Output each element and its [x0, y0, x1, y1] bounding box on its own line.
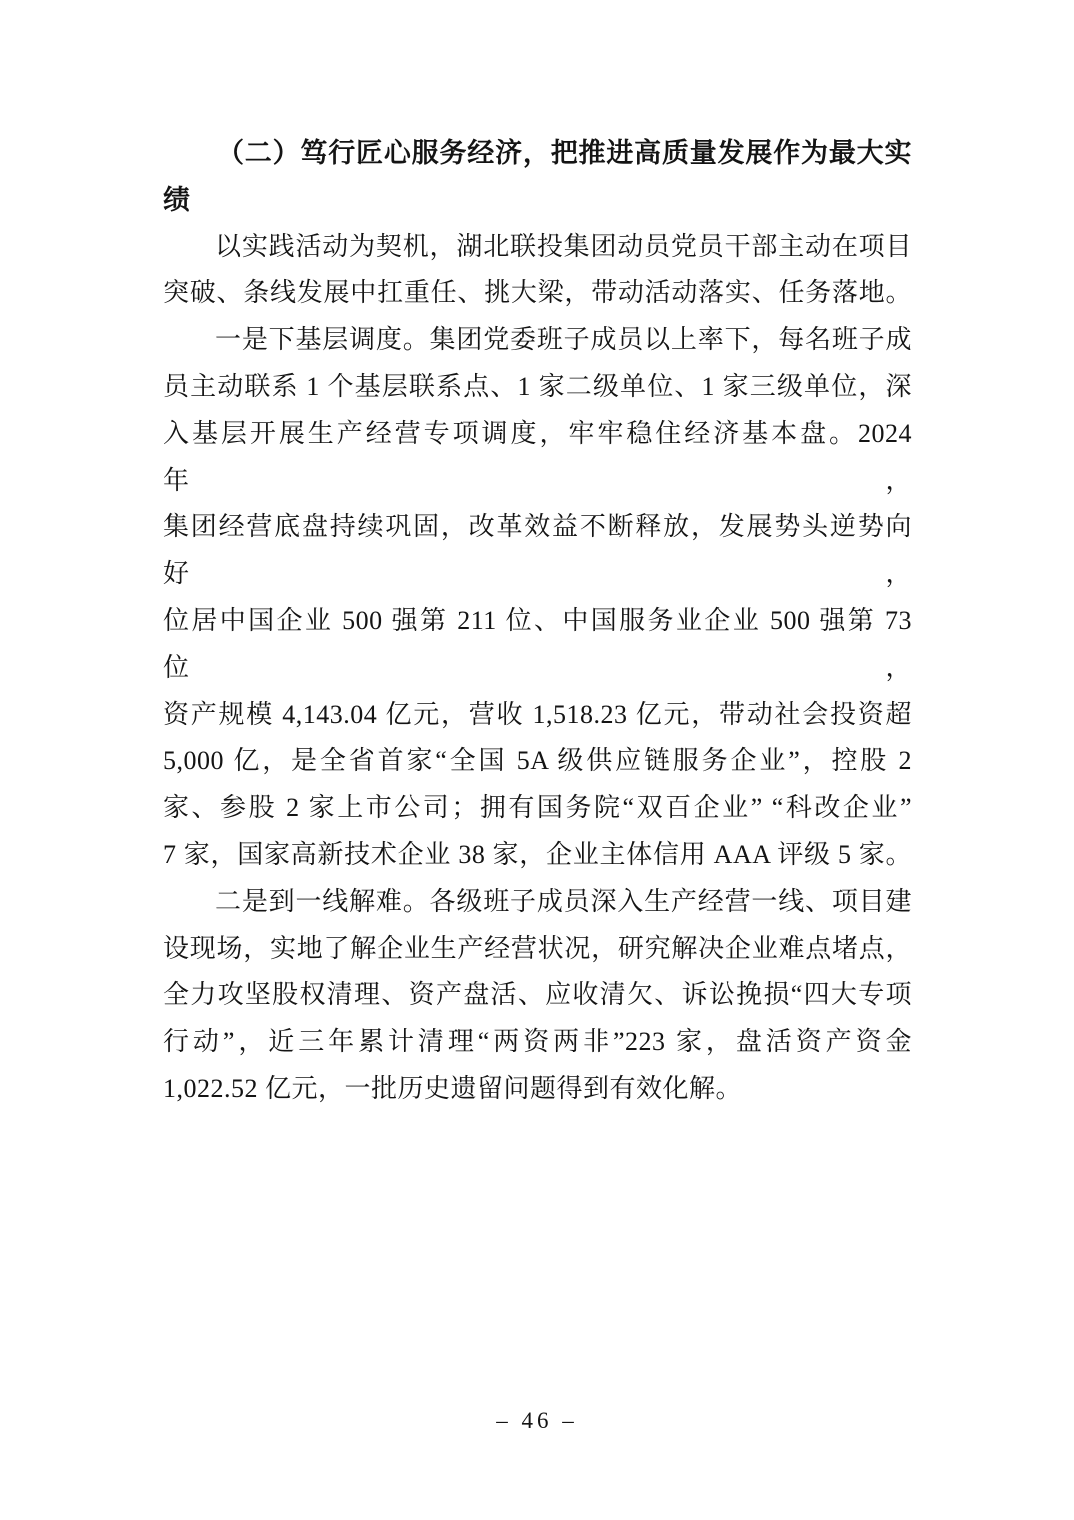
- document-page: （二）笃行匠心服务经济，把推进高质量发展作为最大实绩 以实践活动为契机，湖北联投…: [0, 0, 1074, 1520]
- text-line: 设现场，实地了解企业生产经营状况，研究解决企业难点堵点，: [163, 926, 912, 973]
- text-line: 资产规模 4,143.04 亿元，营收 1,518.23 亿元，带动社会投资超: [163, 692, 912, 739]
- text-line: 位居中国企业 500 强第 211 位、中国服务业企业 500 强第 73 位，: [163, 598, 912, 692]
- page-number: – 46 –: [496, 1408, 578, 1433]
- section-heading: （二）笃行匠心服务经济，把推进高质量发展作为最大实绩: [163, 130, 912, 224]
- page-footer: – 46 –: [0, 1408, 1074, 1434]
- text-line: 入基层开展生产经营专项调度，牢牢稳住经济基本盘。2024 年，: [163, 411, 912, 505]
- text-line: 1,022.52 亿元，一批历史遗留问题得到有效化解。: [163, 1066, 912, 1113]
- text-line: 行动”，近三年累计清理“两资两非”223 家，盘活资产资金: [163, 1019, 912, 1066]
- text-line: 5,000 亿，是全省首家“全国 5A 级供应链服务企业”，控股 2: [163, 738, 912, 785]
- text-line: 突破、条线发展中扛重任、挑大梁，带动活动落实、任务落地。: [163, 270, 912, 317]
- text-line: 员主动联系 1 个基层联系点、1 家二级单位、1 家三级单位，深: [163, 364, 912, 411]
- text-line: 7 家，国家高新技术企业 38 家，企业主体信用 AAA 评级 5 家。: [163, 832, 912, 879]
- text-line: 二是到一线解难。各级班子成员深入生产经营一线、项目建: [163, 879, 912, 926]
- text-line: 全力攻坚股权清理、资产盘活、应收清欠、诉讼挽损“四大专项: [163, 972, 912, 1019]
- document-body: （二）笃行匠心服务经济，把推进高质量发展作为最大实绩 以实践活动为契机，湖北联投…: [163, 130, 912, 1113]
- text-line: 一是下基层调度。集团党委班子成员以上率下，每名班子成: [163, 317, 912, 364]
- text-line: 家、参股 2 家上市公司；拥有国务院“双百企业” “科改企业”: [163, 785, 912, 832]
- text-line: 集团经营底盘持续巩固，改革效益不断释放，发展势头逆势向好，: [163, 504, 912, 598]
- text-line: 以实践活动为契机，湖北联投集团动员党员干部主动在项目: [163, 224, 912, 271]
